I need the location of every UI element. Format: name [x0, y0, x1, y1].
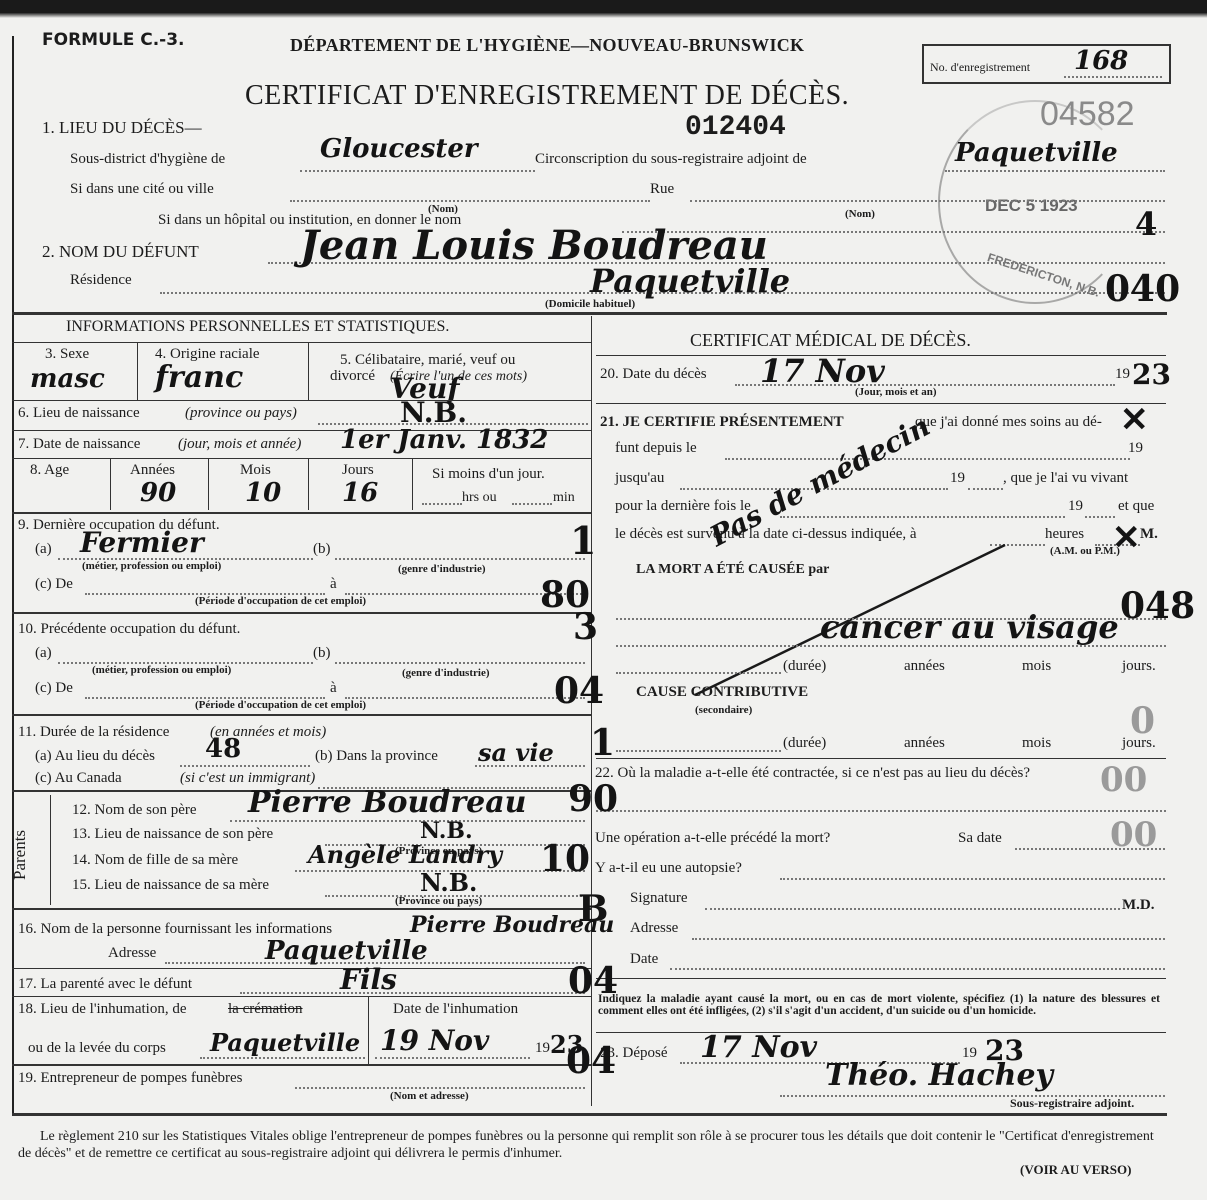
- res-b-label: (b) Dans la province: [315, 748, 438, 765]
- department-title: DÉPARTEMENT DE L'HYGIÈNE—NOUVEAU-BRUNSWI…: [290, 35, 804, 56]
- contributing-cause-label: CAUSE CONTRIBUTIVE: [636, 684, 808, 701]
- registration-box: No. d'enregistrement 168: [922, 44, 1171, 84]
- undertaker-label: 19. Entrepreneur de pompes funèbres: [18, 1070, 243, 1087]
- years-label-1: années: [904, 658, 945, 675]
- age-years-value[interactable]: 90: [140, 478, 176, 508]
- occ-b-label: (b): [313, 541, 331, 558]
- death-date-hint: (Jour, mois et an): [855, 386, 936, 398]
- residence-label: Résidence: [70, 272, 132, 289]
- prev-metier-hint: (métier, profession ou emploi): [92, 664, 231, 676]
- genre-hint: (genre d'industrie): [398, 563, 486, 575]
- q22-label: 22. Où la maladie a-t-elle été contracté…: [595, 765, 1030, 782]
- margin-code: 04: [568, 960, 618, 1002]
- father-birth-label: 13. Lieu de naissance de son père: [72, 826, 273, 843]
- prev-genre-hint: (genre d'industrie): [402, 667, 490, 679]
- death-date-label: 20. Date du décès: [600, 366, 707, 383]
- death-date-value[interactable]: 17 Nov: [760, 352, 885, 390]
- physician-date-label: Date: [630, 951, 658, 968]
- mother-province-hint: (Province ou pays): [395, 895, 482, 907]
- res-b-value[interactable]: sa vie: [478, 738, 554, 767]
- footer-regulation-paragraph: Le règlement 210 sur les Statistiques Vi…: [18, 1128, 1160, 1162]
- form-code: FORMULE C.-3.: [42, 30, 185, 50]
- burial-date-label: Date de l'inhumation: [393, 1001, 518, 1018]
- last-occupation-value[interactable]: Fermier: [80, 526, 204, 559]
- scan-top-edge: [0, 0, 1207, 14]
- birthplace-hint: (province ou pays): [185, 405, 297, 422]
- margin-code: 1: [570, 518, 596, 563]
- prev-periode-hint: (Période d'occupation de cet emploi): [195, 699, 366, 711]
- certify-year-2: 19: [950, 470, 965, 487]
- duration-label-2: (durée): [783, 735, 826, 752]
- subdistrict-value[interactable]: Gloucester: [320, 134, 478, 164]
- margin-code: 3: [573, 606, 598, 648]
- street-label: Rue: [650, 181, 674, 198]
- sex-value[interactable]: masc: [30, 364, 105, 394]
- deceased-name-heading: 2. NOM DU DÉFUNT: [42, 242, 199, 262]
- cause-value-cancer[interactable]: cancer au visage: [820, 608, 1119, 646]
- residence-value[interactable]: Paquetville: [590, 262, 790, 300]
- race-value[interactable]: franc: [155, 360, 243, 395]
- sex-label: 3. Sexe: [45, 346, 89, 363]
- certify-text: que j'ai donné mes soins au dé-: [915, 414, 1102, 431]
- residence-duration-heading: 11. Durée de la résidence: [18, 724, 169, 741]
- cross-mark-2: ✕: [1112, 518, 1141, 558]
- age-days-label: Jours: [342, 462, 374, 479]
- birthplace-label: 6. Lieu de naissance: [18, 405, 140, 422]
- age-days-value[interactable]: 16: [342, 478, 378, 508]
- personal-info-heading: INFORMATIONS PERSONNELLES ET STATISTIQUE…: [66, 318, 449, 336]
- periode-hint: (Période d'occupation de cet emploi): [195, 595, 366, 607]
- res-a-label: (a) Au lieu du décès: [35, 748, 155, 765]
- certify-heading: 21. JE CERTIFIE PRÉSENTEMENT: [600, 414, 844, 431]
- circonscription-label: Circonscription du sous-registraire adjo…: [535, 151, 807, 168]
- subdistrict-label: Sous-district d'hygiène de: [70, 151, 225, 168]
- duration-label-1: (durée): [783, 658, 826, 675]
- autopsy-label: Y a-t-il eu une autopsie?: [595, 860, 742, 877]
- age-less-day-label: Si moins d'un jour.: [432, 466, 545, 483]
- birthdate-value[interactable]: 1er Janv. 1832: [340, 425, 548, 455]
- signature-label: Signature: [630, 890, 688, 907]
- burial-year-prefix: 19: [535, 1040, 550, 1057]
- name-hint-2: (Nom): [845, 208, 875, 220]
- margin-code: 04: [554, 670, 604, 712]
- months-label-1: mois: [1022, 658, 1051, 675]
- margin-code: 0: [1130, 700, 1155, 742]
- marital-label-2: divorcé: [330, 368, 375, 385]
- marital-label: 5. Célibataire, marié, veuf ou: [340, 352, 515, 369]
- certify-year-1: 19: [1128, 440, 1143, 457]
- prev-a-label: (a): [35, 645, 52, 662]
- margin-code: 04: [566, 1040, 616, 1082]
- stamp-number: 04582: [1040, 95, 1135, 134]
- circonscription-value[interactable]: Paquetville: [955, 138, 1118, 168]
- filed-date-value[interactable]: 17 Nov: [700, 1030, 817, 1065]
- age-hrs-label: hrs ou: [462, 490, 497, 506]
- certificate-title: CERTIFICAT D'ENREGISTREMENT DE DÉCÈS.: [245, 80, 849, 112]
- days-label-1: jours.: [1122, 658, 1156, 675]
- mother-value[interactable]: Angèle Landry: [308, 840, 502, 869]
- informant-address-value[interactable]: Paquetville: [265, 936, 428, 966]
- age-min-label: min: [553, 490, 575, 506]
- no-value[interactable]: 4: [1135, 205, 1157, 243]
- burial-date-value[interactable]: 19 Nov: [380, 1024, 489, 1057]
- margin-code-040[interactable]: 040: [1105, 268, 1180, 310]
- operation-date-label: Sa date: [958, 830, 1002, 847]
- years-label-2: années: [904, 735, 945, 752]
- certify-line-since: funt depuis le: [615, 440, 697, 457]
- residence-hint: (Domicile habituel): [545, 298, 635, 310]
- stamp-date: DEC 5 1923: [985, 196, 1078, 216]
- see-reverse-note: (VOIR AU VERSO): [1020, 1162, 1131, 1178]
- instructions-note: Indiquez la maladie ayant causé la mort,…: [598, 993, 1160, 1017]
- registrar-label: Sous-registraire adjoint.: [1010, 1096, 1134, 1111]
- md-label: M.D.: [1122, 897, 1155, 914]
- margin-code: 00: [1110, 815, 1157, 855]
- death-year-prefix: 19: [1115, 366, 1130, 383]
- parents-side-label: Parents: [10, 830, 30, 880]
- age-months-label: Mois: [240, 462, 271, 479]
- birthdate-hint: (jour, mois et année): [178, 436, 301, 453]
- am-pm-hint: (A.M. ou P.M.): [1050, 545, 1120, 557]
- relation-label: 17. La parenté avec le défunt: [18, 976, 192, 993]
- prev-b-label: (b): [313, 645, 331, 662]
- burial-label-2: ou de la levée du corps: [28, 1040, 166, 1057]
- operation-label: Une opération a-t-elle précédé la mort?: [595, 830, 830, 847]
- birthdate-label: 7. Date de naissance: [18, 436, 140, 453]
- cross-mark-1: ✕: [1120, 400, 1149, 440]
- am-pm-label: M.: [1140, 526, 1158, 543]
- father-value[interactable]: Pierre Boudreau: [248, 785, 526, 820]
- mother-birth-value[interactable]: N.B.: [420, 868, 477, 897]
- physician-address-label: Adresse: [630, 920, 678, 937]
- months-label-2: mois: [1022, 735, 1051, 752]
- occ-to-label: à: [330, 576, 337, 593]
- certify-line-until: jusqu'au: [615, 470, 664, 487]
- margin-code: 00: [1100, 760, 1147, 800]
- hours-label: heures: [1045, 526, 1084, 543]
- margin-code: 048: [1120, 585, 1195, 627]
- serial-number: 012404: [685, 112, 786, 143]
- prev-to-label: à: [330, 680, 337, 697]
- undertaker-hint: (Nom et adresse): [390, 1090, 469, 1102]
- res-c-label: (c) Au Canada: [35, 770, 122, 787]
- registration-value[interactable]: 168: [1074, 46, 1128, 76]
- relation-value[interactable]: Fils: [340, 963, 397, 996]
- contributing-cause-hint: (secondaire): [695, 704, 752, 716]
- informant-address-label: Adresse: [108, 945, 156, 962]
- medical-heading: CERTIFICAT MÉDICAL DE DÉCÈS.: [690, 330, 971, 351]
- certify-alive: , que je l'ai vu vivant: [1003, 470, 1128, 487]
- res-a-value[interactable]: 48: [205, 734, 241, 764]
- margin-code: 10: [540, 838, 590, 880]
- mother-label: 14. Nom de fille de sa mère: [72, 852, 238, 869]
- father-label: 12. Nom de son père: [72, 802, 197, 819]
- occ-a-label: (a): [35, 541, 52, 558]
- death-year-value[interactable]: 23: [1132, 358, 1171, 391]
- left-border-rule: [12, 36, 14, 1116]
- occ-c-label: (c) De: [35, 576, 73, 593]
- registration-label: No. d'enregistrement: [930, 60, 1030, 75]
- margin-code: 1: [590, 722, 615, 764]
- age-years-label: Années: [130, 462, 175, 479]
- prev-c-label: (c) De: [35, 680, 73, 697]
- certify-year-3: 19: [1068, 498, 1083, 515]
- certify-and: et que: [1118, 498, 1154, 515]
- age-label: 8. Age: [30, 462, 69, 479]
- city-label: Si dans une cité ou ville: [70, 181, 214, 198]
- margin-code: 90: [568, 778, 618, 820]
- mother-birth-label: 15. Lieu de naissance de sa mère: [72, 877, 269, 894]
- metier-hint: (métier, profession ou emploi): [82, 560, 221, 572]
- place-of-death-heading: 1. LIEU DU DÉCÈS—: [42, 118, 202, 138]
- burial-place-value[interactable]: Paquetville: [210, 1028, 360, 1057]
- burial-label: 18. Lieu de l'inhumation, de: [18, 1001, 187, 1018]
- margin-code: B: [578, 888, 608, 930]
- age-months-value[interactable]: 10: [245, 478, 281, 508]
- burial-struck-text: la crémation: [228, 1001, 303, 1018]
- registrar-signature[interactable]: Théo. Hachey: [825, 1058, 1053, 1093]
- prev-occupation-heading: 10. Précédente occupation du défunt.: [18, 621, 240, 638]
